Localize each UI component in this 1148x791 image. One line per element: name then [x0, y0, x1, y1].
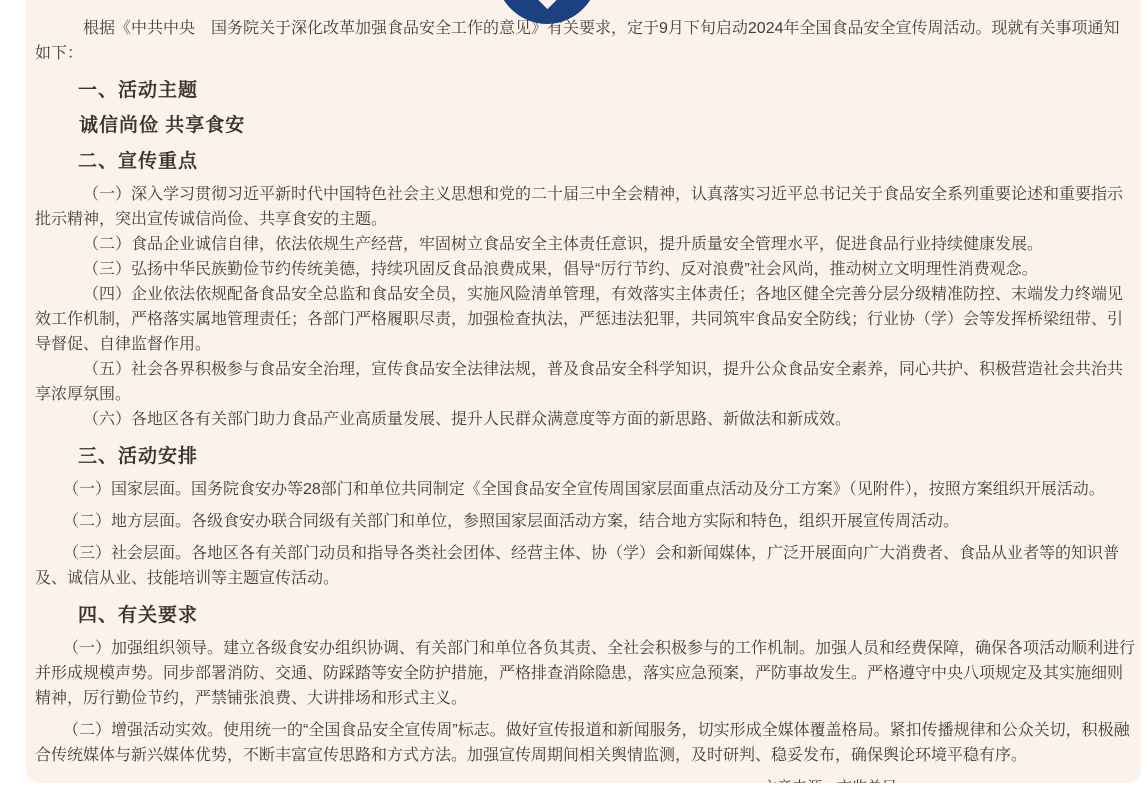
theme-slogan: 诚信尚俭 共享食安 [35, 114, 1135, 137]
intro-paragraph: 根据《中共中央 国务院关于深化改革加强食品安全工作的意见》有关要求，定于9月下旬… [35, 16, 1135, 66]
body-paragraph: （一）加强组织领导。建立各级食安办组织协调、有关部门和单位各负其责、全社会积极参… [35, 636, 1135, 711]
section-heading: 一、活动主题 [35, 79, 1135, 102]
body-paragraph: （二）增强活动实效。使用统一的“全国食品安全宣传周”标志。做好宣传报道和新闻服务… [35, 718, 1135, 768]
body-paragraph: （三）社会层面。各地区各有关部门动员和指导各类社会团体、经营主体、协（学）会和新… [35, 541, 1135, 591]
body-paragraph: （二）食品企业诚信自律，依法依规生产经营，牢固树立食品安全主体责任意识，提升质量… [35, 232, 1135, 257]
body-paragraph: （五）社会各界积极参与食品安全治理，宣传食品安全法律法规，普及食品安全科学知识，… [35, 357, 1135, 407]
section-heading: 四、有关要求 [35, 604, 1135, 627]
body-paragraph: （一）国家层面。国务院食安办等28部门和单位共同制定《全国食品安全宣传周国家层面… [35, 477, 1135, 502]
body-paragraph: （三）弘扬中华民族勤俭节约传统美德，持续巩固反食品浪费成果，倡导“厉行节约、反对… [35, 257, 1135, 282]
body-paragraph: （六）各地区各有关部门助力食品产业高质量发展、提升人民群众满意度等方面的新思路、… [35, 407, 1135, 432]
body-paragraph: （一）深入学习贯彻习近平新时代中国特色社会主义思想和党的二十届三中全会精神，认真… [35, 182, 1135, 232]
logo-notch [537, 0, 558, 9]
body-paragraph: （四）企业依法依规配备食品安全总监和食品安全员，实施风险清单管理，有效落实主体责… [35, 282, 1135, 357]
article-source: 文章来源：市监总局 [35, 777, 1135, 783]
section-heading: 二、宣传重点 [35, 150, 1135, 173]
body-paragraph: （二）地方层面。各级食安办联合同级有关部门和单位，参照国家层面活动方案，结合地方… [35, 509, 1135, 534]
section-heading: 三、活动安排 [35, 445, 1135, 468]
sections-container: 一、活动主题诚信尚俭 共享食安二、宣传重点（一）深入学习贯彻习近平新时代中国特色… [35, 79, 1135, 768]
notice-document: 根据《中共中央 国务院关于深化改革加强食品安全工作的意见》有关要求，定于9月下旬… [26, 0, 1141, 783]
